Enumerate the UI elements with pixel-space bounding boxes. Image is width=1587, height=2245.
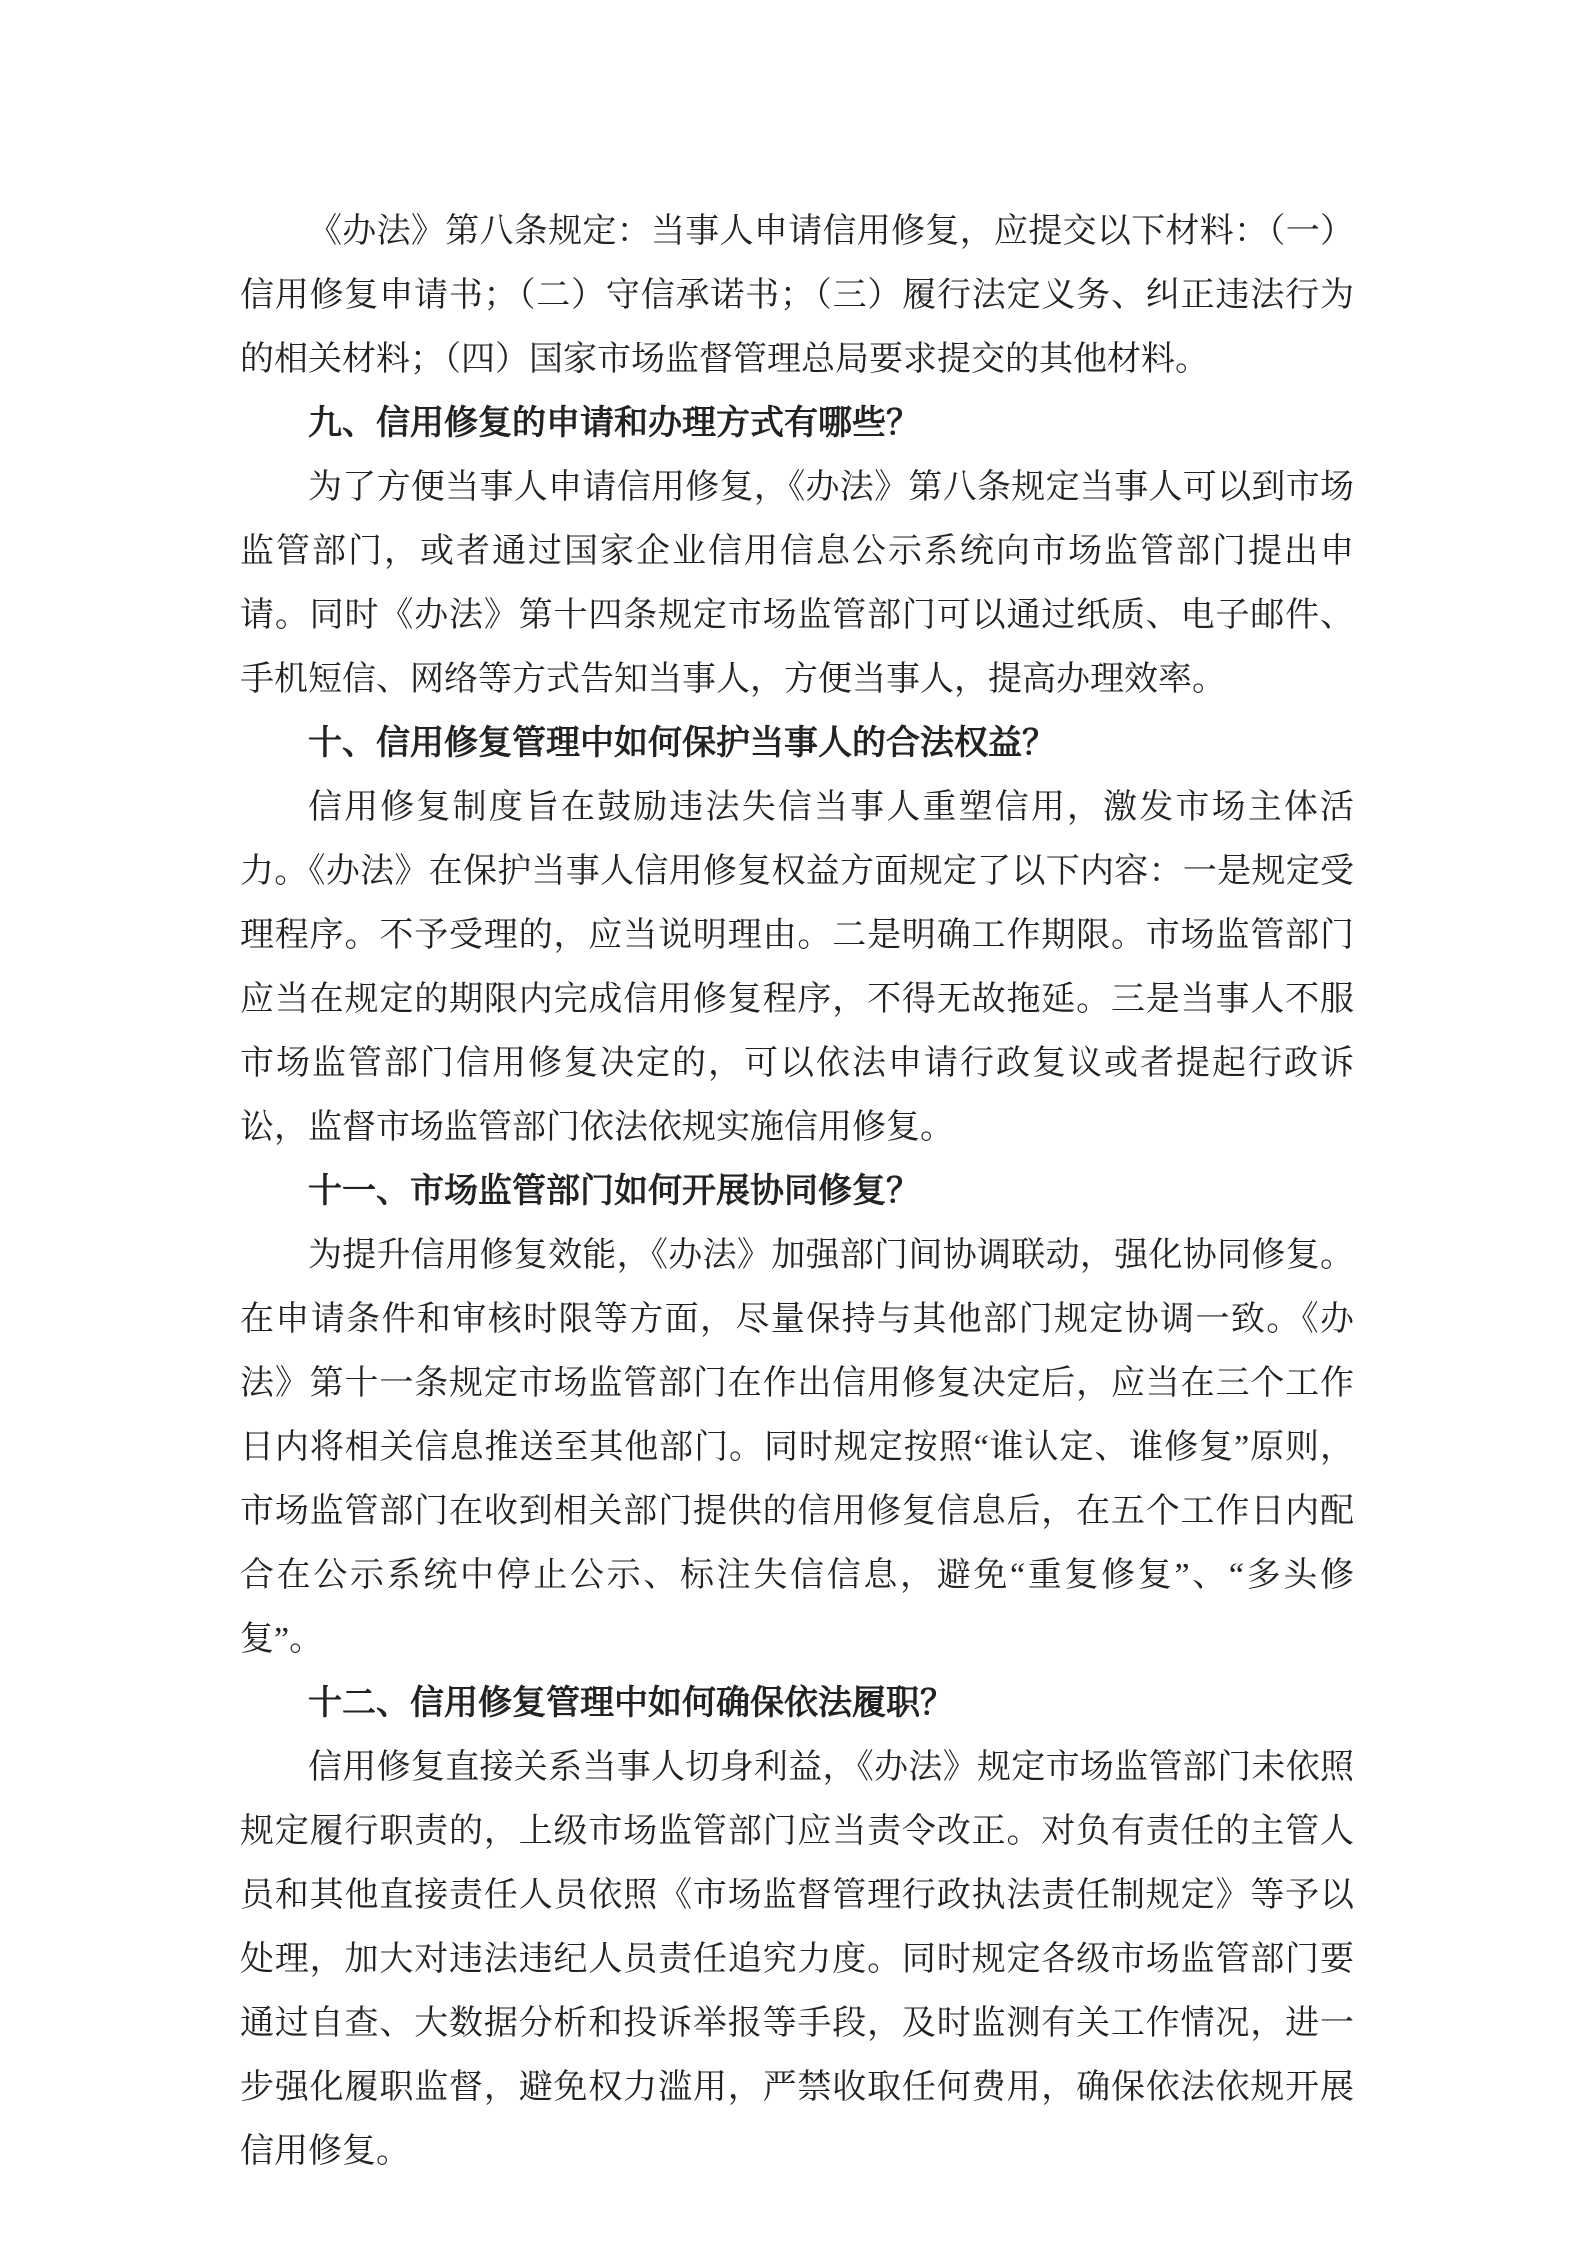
paragraph-question-9-answer: 为了方便当事人申请信用修复，《办法》第八条规定当事人可以到市场监管部门，或者通过… (240, 456, 1354, 712)
document-page: 《办法》第八条规定：当事人申请信用修复，应提交以下材料：（一）信用修复申请书；（… (0, 0, 1587, 2245)
heading-question-12: 十二、信用修复管理中如何确保依法履职？ (240, 1672, 1354, 1736)
paragraph-question-12-answer: 信用修复直接关系当事人切身利益，《办法》规定市场监管部门未依照规定履行职责的，上… (240, 1736, 1354, 2184)
heading-question-10: 十、信用修复管理中如何保护当事人的合法权益？ (240, 712, 1354, 776)
paragraph-question-11-answer: 为提升信用修复效能，《办法》加强部门间协调联动，强化协同修复。在申请条件和审核时… (240, 1224, 1354, 1672)
document-body: 《办法》第八条规定：当事人申请信用修复，应提交以下材料：（一）信用修复申请书；（… (240, 200, 1354, 2184)
paragraph-article8-materials: 《办法》第八条规定：当事人申请信用修复，应提交以下材料：（一）信用修复申请书；（… (240, 200, 1354, 392)
heading-question-9: 九、信用修复的申请和办理方式有哪些？ (240, 392, 1354, 456)
paragraph-question-10-answer: 信用修复制度旨在鼓励违法失信当事人重塑信用，激发市场主体活力。《办法》在保护当事… (240, 776, 1354, 1160)
heading-question-11: 十一、市场监管部门如何开展协同修复？ (240, 1160, 1354, 1224)
